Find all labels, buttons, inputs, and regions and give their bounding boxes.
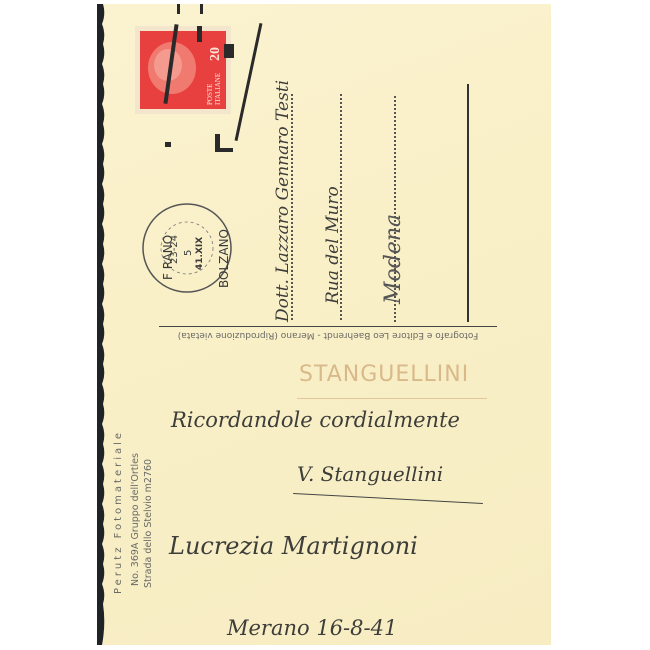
postage-stamp: 20 POSTE ITALIANE <box>135 26 231 114</box>
message-greeting: Ricordandole cordialmente <box>171 408 460 432</box>
stamp-value: 20 <box>208 47 224 61</box>
stamp-country: POSTE ITALIANE <box>206 73 222 105</box>
postmark-day: 5 <box>183 250 194 256</box>
side-caption-1: No. 369A Gruppo dell'Ortles <box>130 453 141 586</box>
address-city: Modena <box>381 214 406 304</box>
address-street: Rua del Muro <box>323 186 343 304</box>
divider-line <box>159 326 497 327</box>
place-date: Merano 16-8-41 <box>227 616 397 640</box>
postcard-back: 20 POSTE ITALIANE F RANO BOLZANO 23-24 5… <box>97 4 551 645</box>
pencil-underline <box>297 398 487 399</box>
pencil-note: STANGUELLINI <box>299 362 469 387</box>
address-line-4 <box>467 84 469 322</box>
postmark-time: 23-24 <box>169 235 180 264</box>
postmark-province: BOLZANO <box>217 229 231 288</box>
signature-2: Lucrezia Martignoni <box>169 532 418 560</box>
side-brand: Perutz Fotomateriale <box>113 430 124 594</box>
signature-1: V. Stanguellini <box>297 462 443 486</box>
publisher-credit: Fotografo e Editore Leo Baehrendt - Mera… <box>159 330 497 340</box>
address-name: Dott. Lazzaro Gennaro Testi <box>273 80 293 322</box>
postmark-year: 41.XIX <box>195 237 205 270</box>
postmark: F RANO BOLZANO 23-24 5 41.XIX <box>139 200 235 296</box>
scalloped-edge <box>97 4 106 645</box>
signature-underline <box>293 493 483 504</box>
side-caption-2: Strada dello Stelvio m2760 <box>143 459 154 588</box>
